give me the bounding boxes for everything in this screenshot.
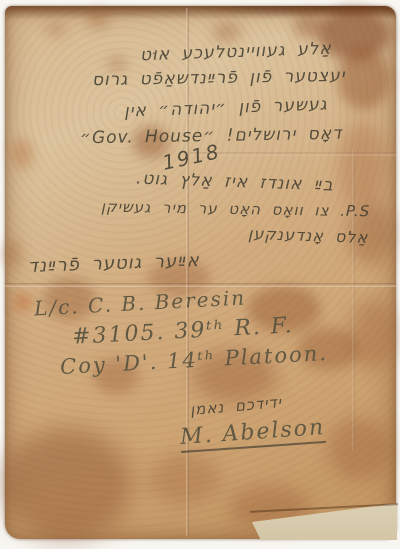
photo-of-handwritten-note: אַלע געוויינטלעכע אוּט יעצטער פֿון פֿרײַ… <box>0 0 400 549</box>
paper-top-edge-shadow <box>5 6 396 20</box>
horizontal-fold-crease <box>5 283 396 287</box>
vertical-fold-crease <box>352 150 355 450</box>
